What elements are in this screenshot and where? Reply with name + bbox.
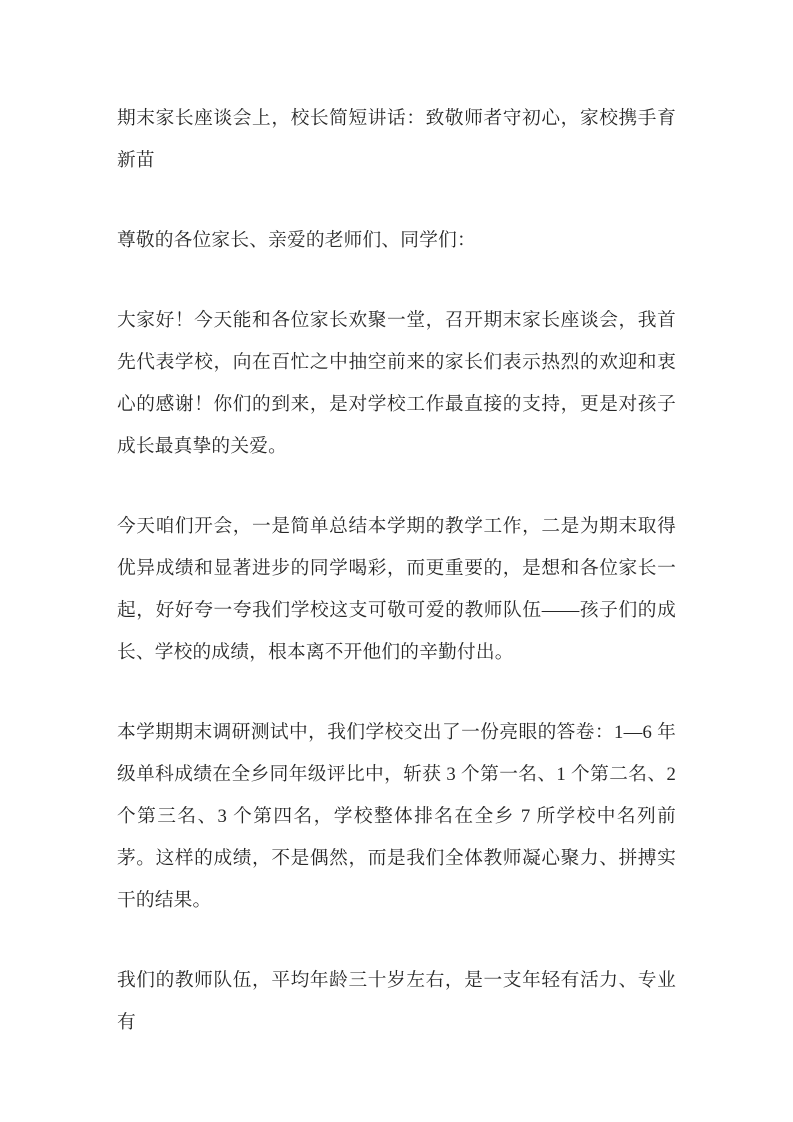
paragraph-meeting-purpose: 今天咱们开会，一是简单总结本学期的教学工作，二是为期末取得优异成绩和显著进步的同… [117,506,676,674]
paragraph-teacher-team: 我们的教师队伍，平均年龄三十岁左右，是一支年轻有活力、专业有 [117,960,676,1044]
document-page: 期末家长座谈会上，校长简短讲话：致敬师者守初心，家校携手育新苗 尊敬的各位家长、… [0,0,793,1122]
paragraph-salutation: 尊敬的各位家长、亲爱的老师们、同学们： [117,220,676,262]
document-title: 期末家长座谈会上，校长简短讲话：致敬师者守初心，家校携手育新苗 [117,98,676,182]
paragraph-greeting: 大家好！今天能和各位家长欢聚一堂，召开期末家长座谈会，我首先代表学校，向在百忙之… [117,300,676,468]
paragraph-exam-results: 本学期期末调研测试中，我们学校交出了一份亮眼的答卷：1—6 年级单科成绩在全乡同… [117,712,676,922]
